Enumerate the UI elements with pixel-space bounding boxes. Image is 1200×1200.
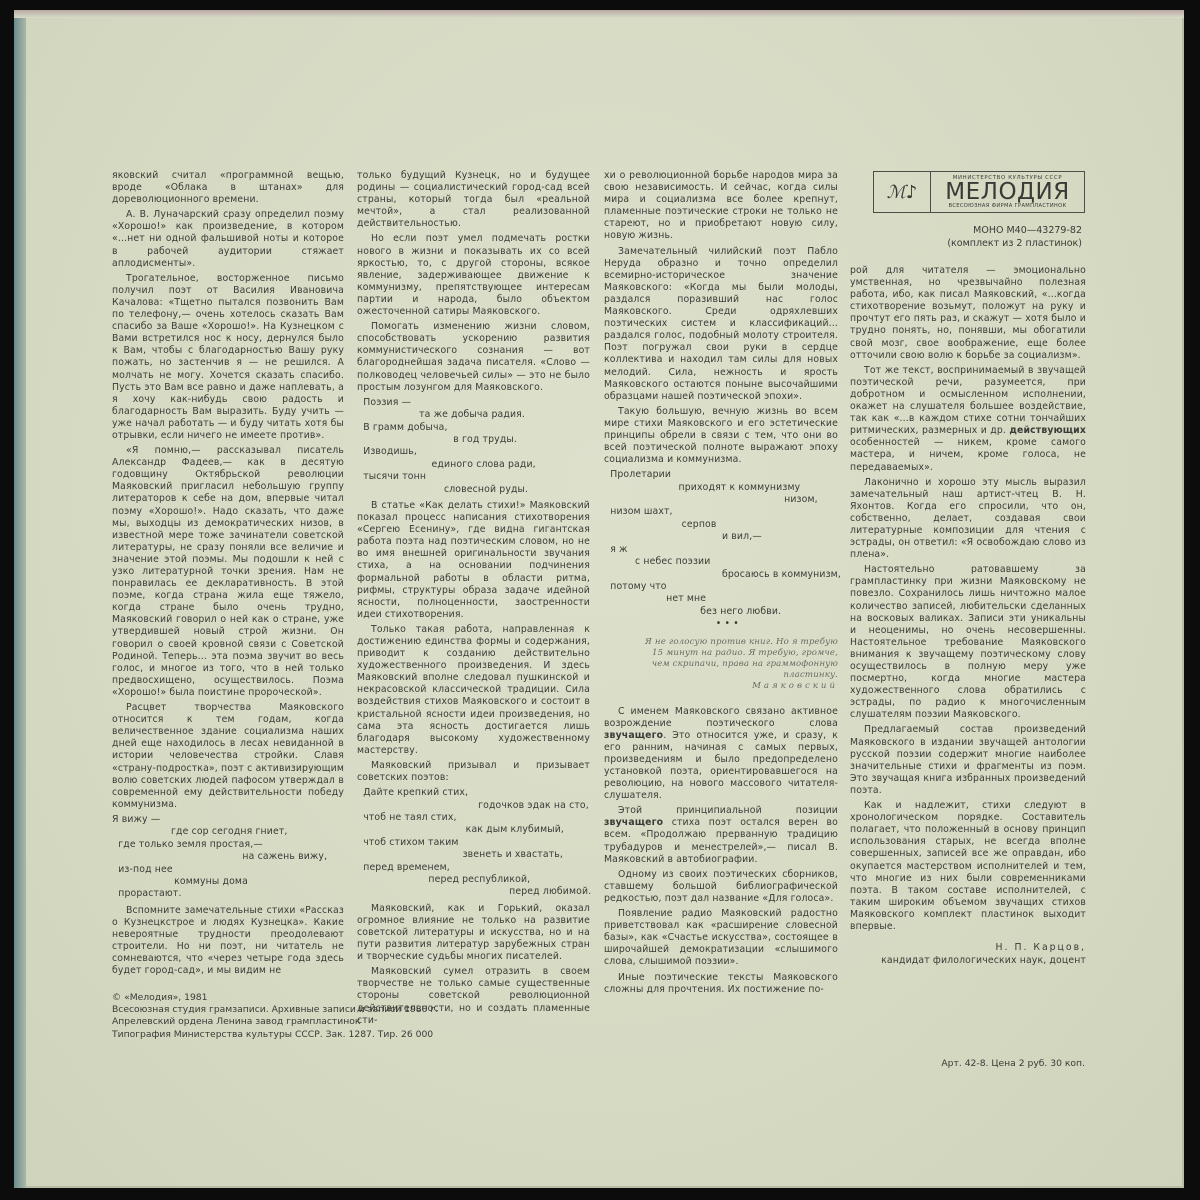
verse-line: единого слова ради, [357, 459, 590, 471]
verse-quote: Я вижу — где сор сегодня гниет, где толь… [112, 814, 344, 901]
paragraph: Маяковский призывал и призывает советски… [357, 760, 590, 784]
verse-line: из-под нее [112, 864, 344, 876]
verse-line: бросаюсь в коммунизм, [604, 569, 838, 581]
logo-company-line: ВСЕСОЮЗНАЯ ФИРМА ГРАМПЛАСТИНОК [949, 203, 1067, 209]
verse-line: • • • [604, 618, 838, 630]
credit-line: Всесоюзная студия грамзаписи. Архивные з… [112, 1004, 438, 1016]
verse-line: перед республикой, [357, 874, 590, 886]
logo-brand: МЕЛОДИЯ [945, 181, 1069, 203]
verse-line: потому что [604, 581, 838, 593]
verse-line: без него любви. [604, 606, 838, 618]
verse-line: Я вижу — [112, 814, 344, 826]
set-note: (комплект из 2 пластинок) [947, 237, 1082, 250]
paragraph: Этой принципиальной позиции звучащего ст… [604, 805, 838, 865]
credit-line: Апрелевский ордена Ленина завод грамплас… [112, 1016, 438, 1028]
paragraph: Такую большую, вечную жизнь во всем мире… [604, 406, 838, 466]
text-column-1: яковский считал «программной вещью, врод… [112, 170, 344, 980]
verse-line: Изводишь, [357, 446, 590, 458]
paragraph: Расцвет творчества Маяковского относится… [112, 702, 344, 811]
verse-line: годочков эдак на сто, [357, 800, 590, 812]
verse-line: низом, [604, 494, 838, 506]
verse-line: где сор сегодня гниет, [112, 826, 344, 838]
verse-line: Поэзия — [357, 397, 590, 409]
paragraph: хи о революционной борьбе народов мира з… [604, 170, 838, 243]
text-column-4: рой для читателя — эмоционально умственн… [850, 265, 1086, 967]
paragraph: Замечательный чилийский поэт Пабло Неруд… [604, 246, 838, 403]
paragraph: Как и надлежит, стихи следуют в хронолог… [850, 800, 1086, 933]
verse-line: прорастают. [112, 888, 344, 900]
verse-line: в год труды. [357, 434, 590, 446]
verse-line: звенеть и хвастать, [357, 849, 590, 861]
catalog-number: МОНО М40—43279-82 [947, 224, 1082, 237]
verse-quote: Дайте крепкий стих, годочков эдак на сто… [357, 787, 590, 899]
verse-line: с небес поэзии [604, 556, 838, 568]
paragraph: только будущий Кузнецк, но и будущее род… [357, 170, 590, 230]
catalog-info: МОНО М40—43279-82 (комплект из 2 пластин… [947, 224, 1082, 250]
paragraph: Помогать изменению жизни словом, способс… [357, 321, 590, 394]
epigraph: Я не голосую против книг. Но я требую 15… [604, 637, 838, 692]
verse-line: и вил,— [604, 531, 838, 543]
verse-line: чтоб стихом таким [357, 837, 590, 849]
verse-line: перед временем, [357, 862, 590, 874]
verse-line: где только земля простая,— [112, 839, 344, 851]
text-column-2: только будущий Кузнецк, но и будущее род… [357, 170, 590, 1030]
verse-line: Дайте крепкий стих, [357, 787, 590, 799]
epigraph-text: Я не голосую против книг. Но я требую 15… [634, 637, 838, 681]
verse-line: словесной руды. [357, 484, 590, 496]
author-name: Н. П. Карцов, [850, 941, 1086, 954]
verse-line: перед любимой. [357, 886, 590, 898]
credit-line: © «Мелодия», 1981 [112, 992, 438, 1004]
text-column-3: хи о революционной борьбе народов мира з… [604, 170, 838, 999]
verse-line: чтоб не таял стих, [357, 812, 590, 824]
paragraph: А. В. Луначарский сразу определил поэму … [112, 209, 344, 269]
verse-line: нет мне [604, 593, 838, 605]
verse-line: серпов [604, 519, 838, 531]
verse-line: коммуны дома [112, 876, 344, 888]
author-title: кандидат филологических наук, доцент [850, 954, 1086, 967]
paragraph: рой для читателя — эмоционально умственн… [850, 265, 1086, 362]
melodiya-logo: ℳ♪ МИНИСТЕРСТВО КУЛЬТУРЫ СССР МЕЛОДИЯ ВС… [873, 171, 1085, 213]
paragraph: Предлагаемый состав произведений Маяковс… [850, 724, 1086, 797]
paragraph: яковский считал «программной вещью, врод… [112, 170, 344, 206]
paragraph: Настоятельно ратовавшему за грампластинк… [850, 564, 1086, 721]
paragraph: Трогательное, восторженное письмо получи… [112, 273, 344, 442]
verse-line: я ж [604, 544, 838, 556]
verse-quote: Пролетарии приходят к коммунизму низом, … [604, 469, 838, 630]
verse-line: на сажень вижу, [112, 851, 344, 863]
paragraph: Маяковский, как и Горький, оказал огромн… [357, 903, 590, 963]
verse-line: та же добыча радия. [357, 409, 590, 421]
paragraph: С именем Маяковского связано активное во… [604, 706, 838, 803]
epigraph-author: Маяковский [634, 681, 838, 692]
paragraph: Одному из своих поэтических сборников, с… [604, 869, 838, 905]
price-info: Арт. 42-8. Цена 2 руб. 30 коп. [941, 1058, 1085, 1069]
paragraph: Но если поэт умел подмечать ростки новог… [357, 233, 590, 318]
paragraph: Лаконично и хорошо эту мысль выразил зам… [850, 477, 1086, 562]
paragraph: В статье «Как делать стихи!» Маяковский … [357, 500, 590, 621]
column-4-body: рой для читателя — эмоционально умственн… [850, 265, 1086, 933]
sleeve-top-edge [14, 10, 1184, 18]
paragraph: Только такая работа, направленная к дост… [357, 624, 590, 757]
verse-line: низом шахт, [604, 506, 838, 518]
verse-line: тысячи тонн [357, 471, 590, 483]
verse-line: приходят к коммунизму [604, 482, 838, 494]
verse-quote: Поэзия — та же добыча радия. В грамм доб… [357, 397, 590, 496]
paragraph: Появление радио Маяковский радостно прив… [604, 908, 838, 968]
paragraph: Тот же текст, воспринимаемый в звучащей … [850, 365, 1086, 474]
credit-line: Типография Министерства культуры СССР. З… [112, 1029, 438, 1041]
paragraph: Иные поэтические тексты Маяковского слож… [604, 972, 838, 996]
production-credits: © «Мелодия», 1981 Всесоюзная студия грам… [112, 992, 438, 1041]
verse-line: В грамм добыча, [357, 422, 590, 434]
melodiya-logo-icon: ℳ♪ [874, 172, 931, 212]
paragraph: «Я помню,— рассказывал писатель Александ… [112, 445, 344, 699]
paragraph: Вспомните замечательные стихи «Рассказ о… [112, 905, 344, 978]
author-signature: Н. П. Карцов, кандидат филологических на… [850, 941, 1086, 967]
sleeve-spine-edge [14, 10, 26, 1188]
verse-line: как дым клубимый, [357, 824, 590, 836]
verse-line: Пролетарии [604, 469, 838, 481]
